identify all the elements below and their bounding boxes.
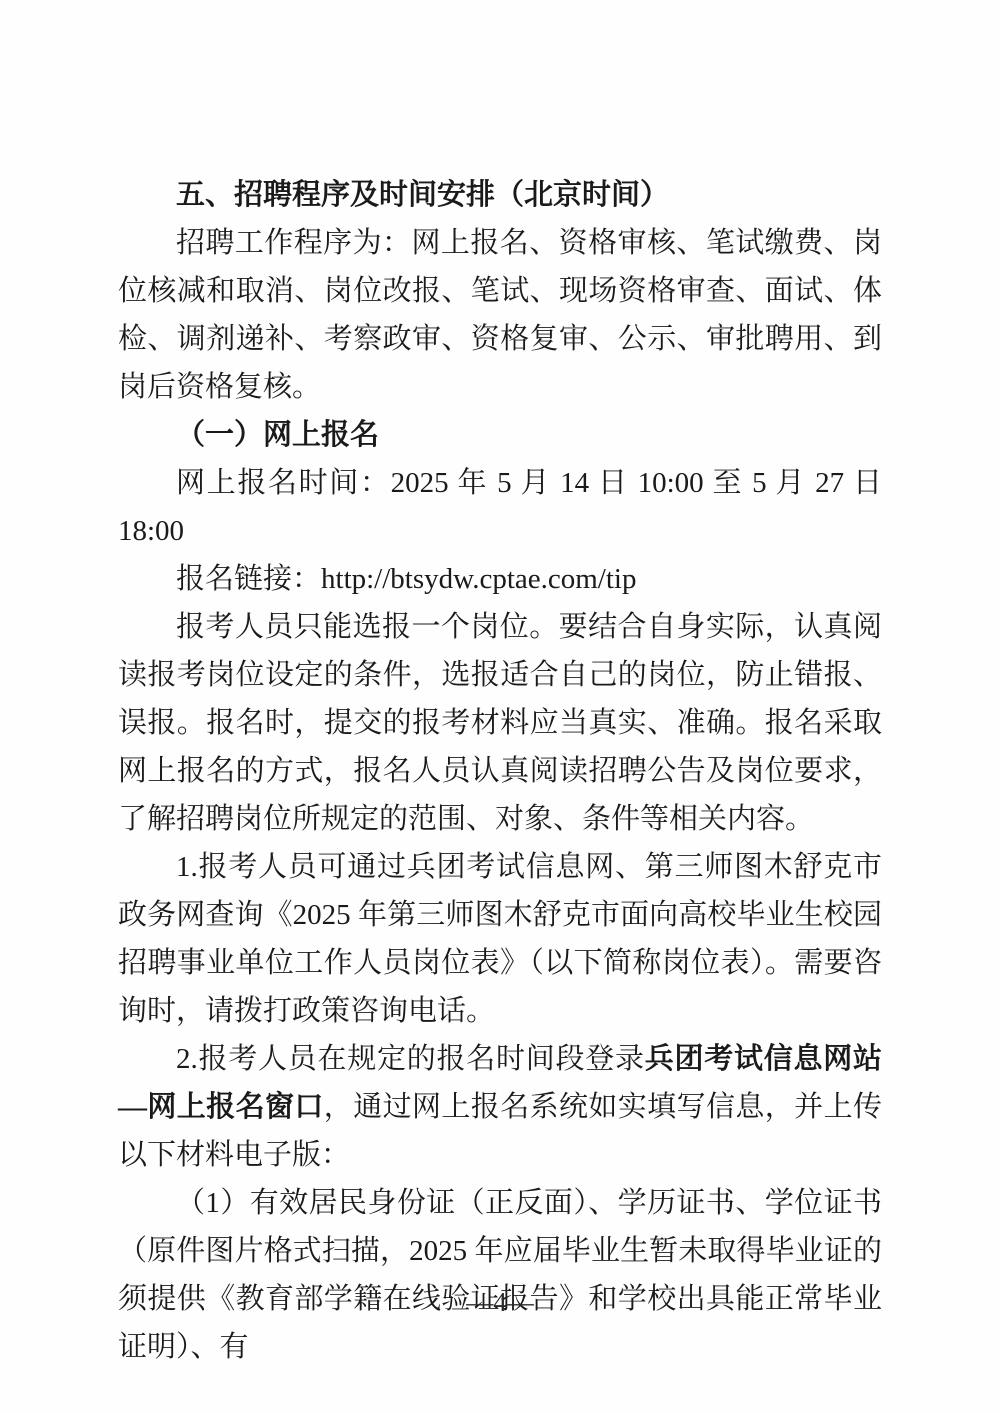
text-segment: （1）有效居民身份证（正反面）、学历证书、学位证书（原件图片格式扫描，2025 … xyxy=(118,1187,882,1363)
text-segment: （一）网上报名 xyxy=(176,419,379,451)
text-segment: 报考人员只能选报一个岗位。要结合自身实际，认真阅读报考岗位设定的条件，选报适合自… xyxy=(118,611,882,835)
para-application-notes: 报考人员只能选报一个岗位。要结合自身实际，认真阅读报考岗位设定的条件，选报适合自… xyxy=(118,603,882,843)
para-item-1: 1.报考人员可通过兵团考试信息网、第三师图木舒克市政务网查询《2025 年第三师… xyxy=(118,843,882,1035)
heading-recruitment-procedure: 五、招聘程序及时间安排（北京时间） xyxy=(118,171,882,219)
registration-url: http://btsydw.cptae.com/tip xyxy=(321,563,636,595)
para-procedure-overview: 招聘工作程序为：网上报名、资格审核、笔试缴费、岗位核减和取消、岗位改报、笔试、现… xyxy=(118,219,882,411)
para-registration-link: 报名链接：http://btsydw.cptae.com/tip xyxy=(118,555,882,603)
text-segment: 招聘工作程序为：网上报名、资格审核、笔试缴费、岗位核减和取消、岗位改报、笔试、现… xyxy=(118,227,882,403)
text-segment: 2.报考人员在规定的报名时间段登录 xyxy=(176,1043,645,1075)
text-segment: 报名链接： xyxy=(176,563,321,595)
para-registration-time: 网上报名时间：2025 年 5 月 14 日 10:00 至 5 月 27 日 … xyxy=(118,459,882,555)
text-segment: 五、招聘程序及时间安排（北京时间） xyxy=(176,179,669,211)
heading-online-registration: （一）网上报名 xyxy=(118,411,882,459)
para-item-2-material-1: （1）有效居民身份证（正反面）、学历证书、学位证书（原件图片格式扫描，2025 … xyxy=(118,1179,882,1371)
text-segment: 网上报名时间：2025 年 5 月 14 日 10:00 至 5 月 27 日 … xyxy=(118,467,882,547)
para-item-2: 2.报考人员在规定的报名时间段登录兵团考试信息网站—网上报名窗口，通过网上报名系… xyxy=(118,1035,882,1179)
document-page: 五、招聘程序及时间安排（北京时间）招聘工作程序为：网上报名、资格审核、笔试缴费、… xyxy=(0,0,1000,1413)
page-number: —4— xyxy=(0,1284,1000,1320)
document-content: 五、招聘程序及时间安排（北京时间）招聘工作程序为：网上报名、资格审核、笔试缴费、… xyxy=(118,171,882,1371)
text-segment: 1.报考人员可通过兵团考试信息网、第三师图木舒克市政务网查询《2025 年第三师… xyxy=(118,851,882,1027)
